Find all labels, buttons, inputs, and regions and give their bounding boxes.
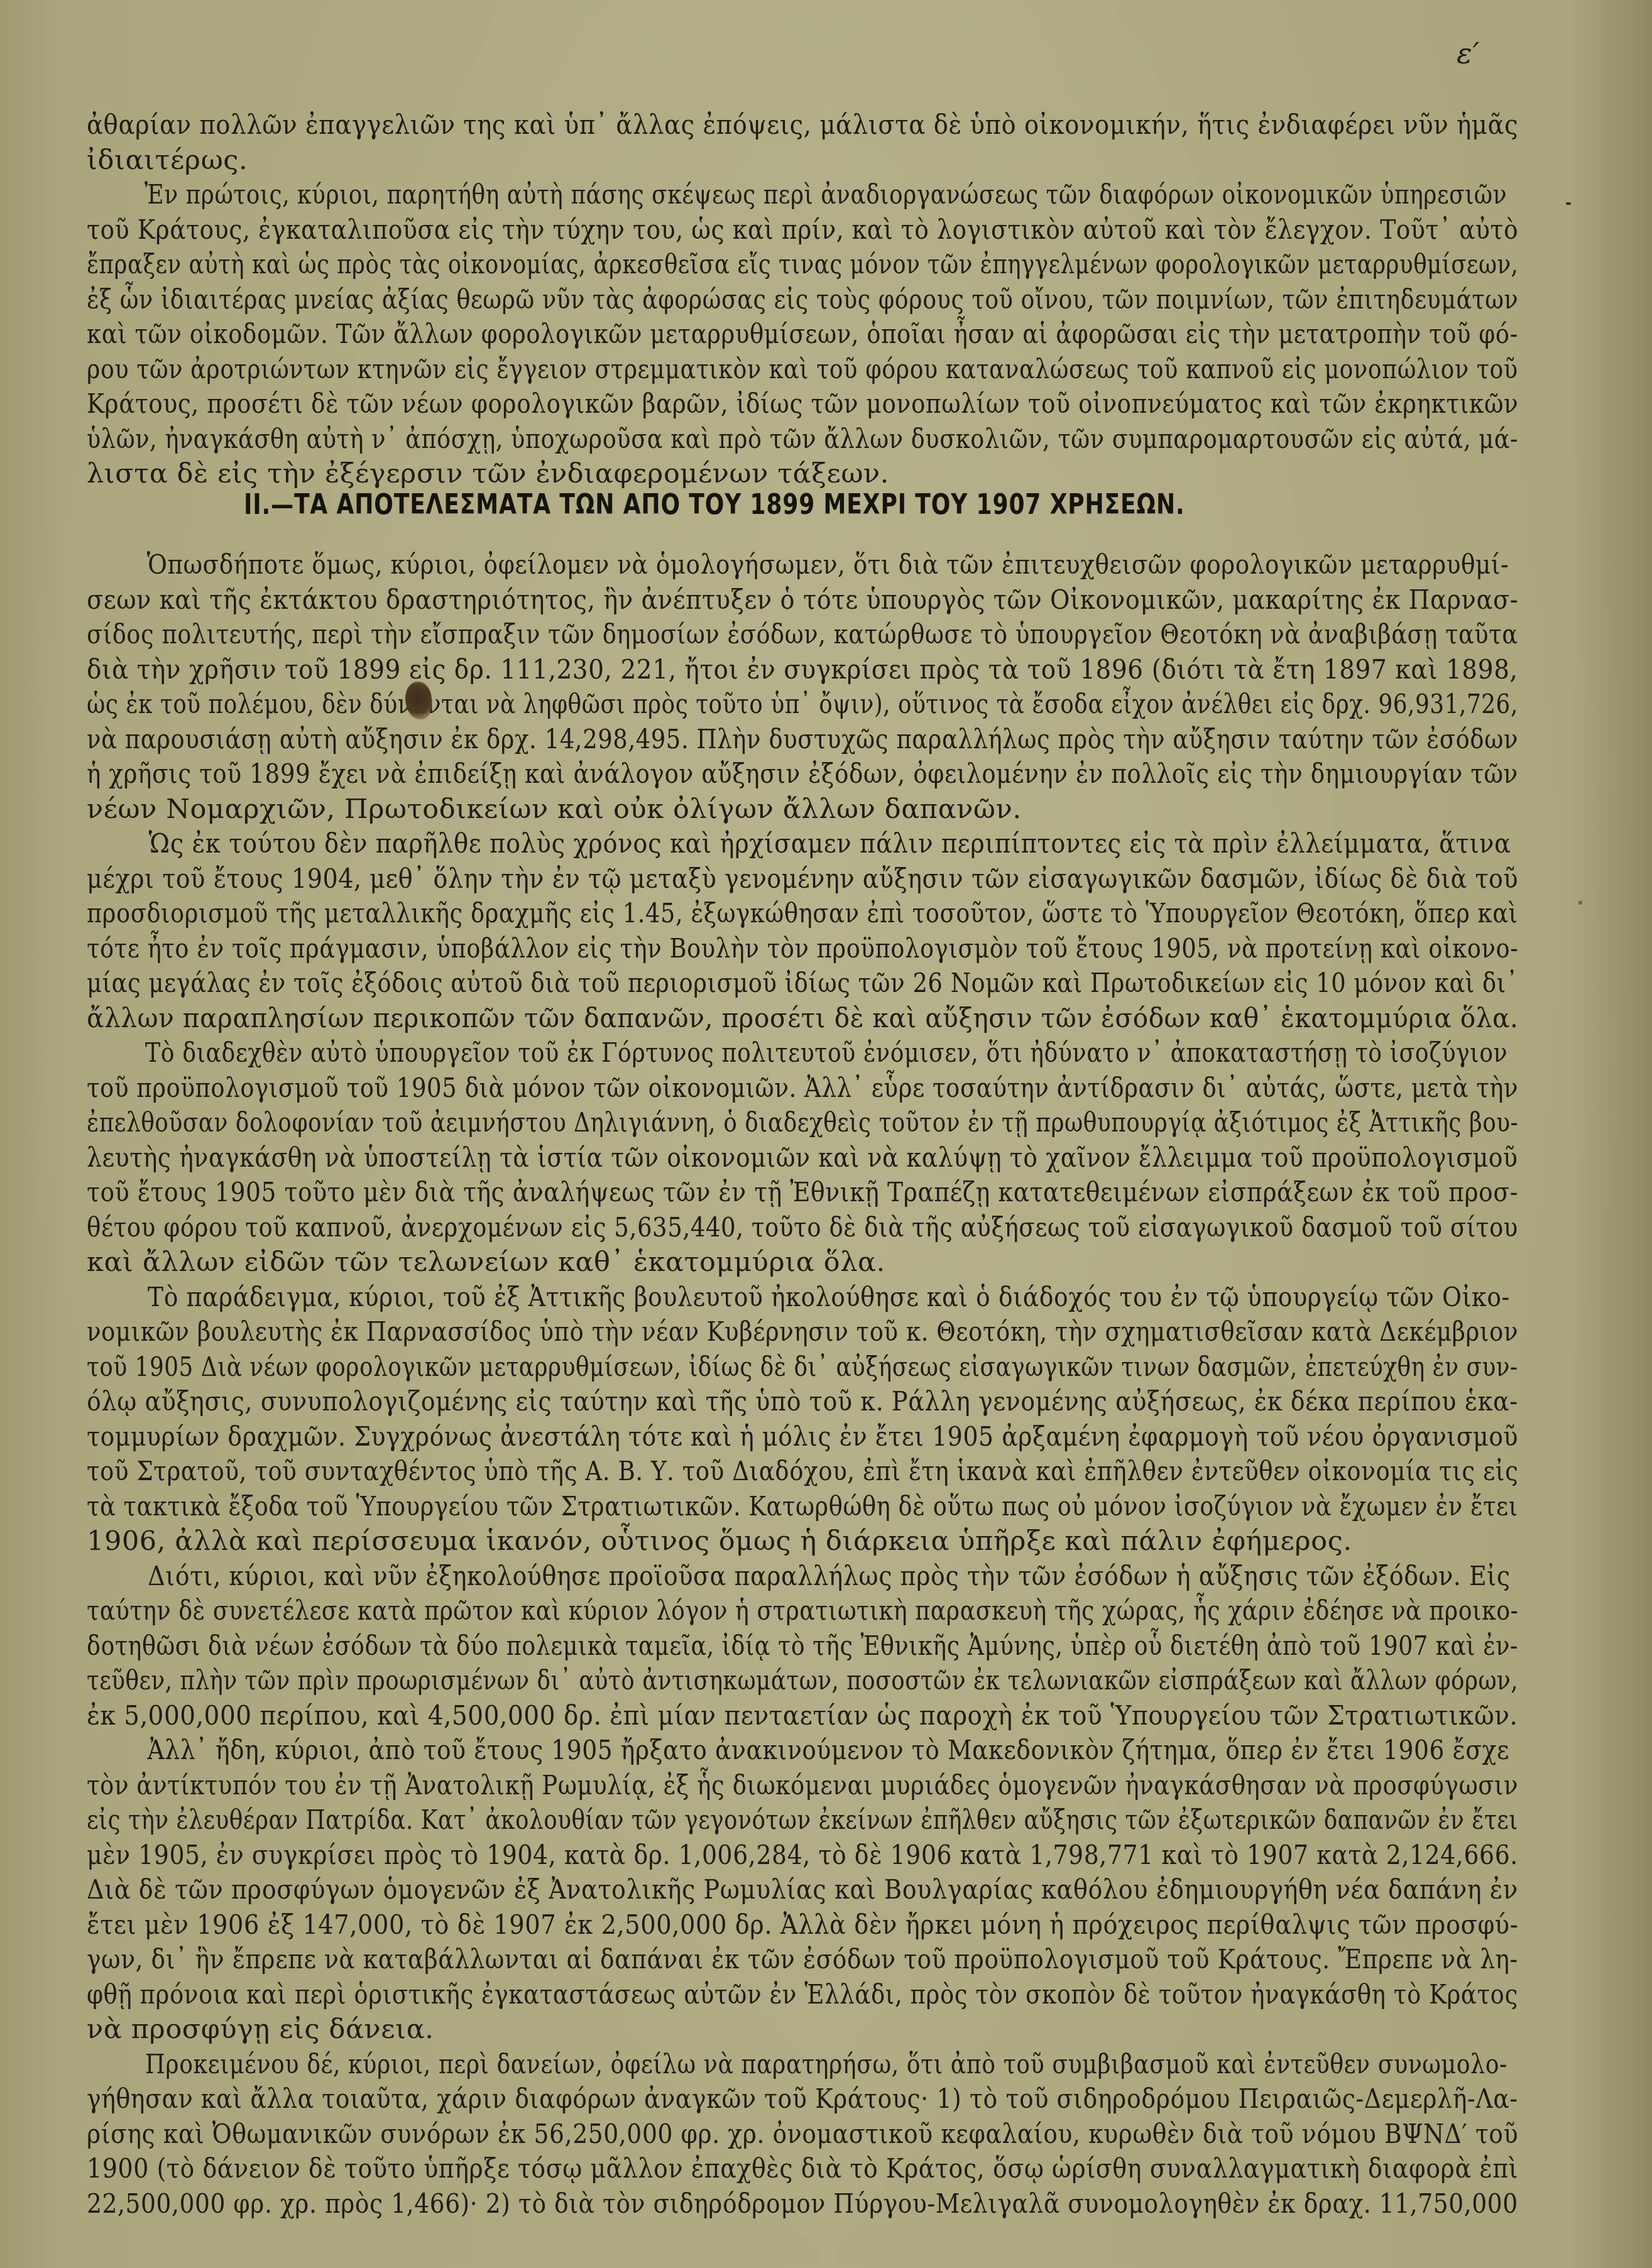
- text-line: ἐπελθοῦσαν δολοφονίαν τοῦ ἀειμνήστου Δηλ…: [87, 1106, 1282, 1141]
- text-line: τοῦ προϋπολογισμοῦ τοῦ 1905 διὰ μόνον τῶ…: [87, 1071, 1322, 1106]
- text-line: ρου τῶν ἀροτριώντων κτηνῶν εἰς ἔγγειον σ…: [87, 352, 1301, 388]
- text-line: τότε ἦτο ἐν τοῖς πράγμασιν, ὑποβάλλον εἰ…: [87, 932, 1317, 967]
- paragraph-start-line: Ὁπωσδήποτε ὅμως, κύριοι, ὀφείλομεν νὰ ὁμ…: [87, 548, 1333, 583]
- text-line: ἐξ ὧν ἰδιαιτέρας μνείας ἀξίας θεωρῶ νῦν …: [87, 283, 1301, 318]
- text-line: ἐκ 5,000,000 περίπου, καὶ 4,500,000 δρ. …: [87, 1699, 1385, 1734]
- scanned-page: ε′ ἀθαρίαν πολλῶν ἐπαγγελιῶν της καὶ ὑπ᾽…: [0, 0, 1652, 2268]
- paragraph-start-line: Ἐν πρώτοις, κύριοι, παρητήθη αὐτὴ πάσης …: [87, 178, 1285, 213]
- text-line: ἀθαρίαν πολλῶν ἐπαγγελιῶν της καὶ ὑπ᾽ ἄλ…: [87, 108, 1372, 143]
- text-line: νὰ παρουσιάσῃ αὐτὴ αὔξησιν ἐκ δρχ. 14,29…: [87, 722, 1320, 758]
- text-line: ἡ χρῆσις τοῦ 1899 ἔχει νὰ ἐπιδείξῃ καὶ ἀ…: [87, 757, 1332, 792]
- text-line: τομμυρίων δραχμῶν. Συγχρόνως ἀνεστάλη τό…: [87, 1420, 1347, 1455]
- text-line: θέτου φόρου τοῦ καπνοῦ, ἀνερχομένων εἰς …: [87, 1211, 1325, 1246]
- text-line: σίδος πολιτευτής, περὶ τὴν εἴσπραξιν τῶν…: [87, 618, 1313, 653]
- paragraph-start-line: Τὸ διαδεχθὲν αὐτὸ ὑπουργεῖον τοῦ ἐκ Γόρτ…: [87, 1036, 1298, 1071]
- text-line: 22,500,000 φρ. χρ. πρὸς 1,466)· 2) τὸ δι…: [87, 2187, 1340, 2222]
- text-line: σεων καὶ τῆς ἐκτάκτου δραστηριότητος, ἣν…: [87, 583, 1366, 618]
- text-line: γων, δι᾽ ἣν ἔπρεπε νὰ καταβάλλωνται αἱ δ…: [87, 1943, 1338, 1978]
- text-line: μέχρι τοῦ ἔτους 1904, μεθ᾽ ὅλην τὴν ἐν τ…: [87, 862, 1355, 897]
- text-line: όλῳ αὔξησις, συνυπολογιζομένης εἰς ταύτη…: [87, 1385, 1357, 1420]
- text-line: Διὰ δὲ τῶν προσφύγων ὁμογενῶν ἐξ Ἀνατολι…: [87, 1873, 1360, 1908]
- text-line: μίας μεγάλας ἐν τοῖς ἐξόδοις αὐτοῦ διὰ τ…: [87, 966, 1316, 1001]
- text-line: δοτηθῶσι διὰ νέων ἐσόδων τὰ δύο πολεμικὰ…: [87, 1629, 1301, 1664]
- section-2-text: Ὁπωσδήποτε ὅμως, κύριοι, ὀφείλομεν νὰ ὁμ…: [87, 548, 1518, 2222]
- text-line: γήθησαν καὶ ἄλλα τοιαῦτα, χάριν διαφόρων…: [87, 2082, 1350, 2117]
- text-line: καὶ ἄλλων εἰδῶν τῶν τελωνείων καθ᾽ ἑκατο…: [87, 1245, 1518, 1280]
- text-line: ἔπραξεν αὐτὴ καὶ ὡς πρὸς τὰς οἰκονομίας,…: [87, 248, 1272, 283]
- text-line: νὰ προσφύγῃ εἰς δάνεια.: [87, 2012, 1518, 2047]
- section-heading: II.—ΤΑ ΑΠΟΤΕΛΕΣΜΑΤΑ ΤΩΝ ΑΠΟ ΤΟΥ 1899 ΜΕΧ…: [244, 489, 1185, 521]
- text-line: 1906, ἀλλὰ καὶ περίσσευμα ἱκανόν, οὗτινο…: [87, 1524, 1518, 1559]
- text-line: ὡς ἐκ τοῦ πολέμου, δὲν δύνανται νὰ ληφθῶ…: [87, 687, 1281, 722]
- paragraph-start-line: Ἀλλ᾽ ἤδη, κύριοι, ἀπὸ τοῦ ἔτους 1905 ἤρξ…: [87, 1733, 1342, 1769]
- text-line: τὸν ἀντίκτυπόν του ἐν τῇ Ἀνατολικῇ Ρωμυλ…: [87, 1769, 1322, 1804]
- paper-speck: [1566, 202, 1571, 205]
- text-line: λευτὴς ἠναγκάσθη νὰ ὑποστείλῃ τὰ ἱστία τ…: [87, 1141, 1347, 1176]
- text-line: ρίσης καὶ Ὀθωμανικῶν συνόρων ἐκ 56,250,0…: [87, 2117, 1344, 2152]
- text-line: τοῦ Κράτους, ἐγκαταλιποῦσα εἰς τὴν τύχην…: [87, 213, 1344, 248]
- text-line: τοῦ ἔτους 1905 τοῦτο μὲν διὰ τῆς ἀναλήψε…: [87, 1175, 1344, 1211]
- text-line: ἄλλων παραπλησίων περικοπῶν τῶν δαπανῶν,…: [87, 1001, 1437, 1037]
- text-line: εἰς τὴν ἐλευθέραν Πατρίδα. Κατ᾽ ἀκολουθί…: [87, 1803, 1279, 1838]
- paper-speck: [1578, 901, 1582, 905]
- text-line: λιστα δὲ εἰς τὴν ἐξέγερσιν τῶν ἐνδιαφερο…: [87, 457, 1518, 492]
- text-line: ταύτην δὲ συνετέλεσε κατὰ πρῶτον καὶ κύρ…: [87, 1594, 1299, 1629]
- text-line: ἰδιαιτέρως.: [87, 143, 1518, 178]
- text-line: φθῇ πρόνοια καὶ περὶ ὁριστικῆς ἐγκαταστά…: [87, 1978, 1325, 2013]
- paragraph-start-line: Ὡς ἐκ τούτου δὲν παρῆλθε πολὺς χρόνος κα…: [87, 827, 1370, 862]
- page-number: ε′: [1457, 36, 1480, 70]
- text-line: προσδιορισμοῦ τῆς μεταλλικῆς δραχμῆς εἰς…: [87, 897, 1315, 932]
- paragraph-start-line: Διότι, κύριοι, καὶ νῦν ἐξηκολούθησε προϊ…: [87, 1559, 1354, 1595]
- section-1-text: ἀθαρίαν πολλῶν ἐπαγγελιῶν της καὶ ὑπ᾽ ἄλ…: [87, 108, 1518, 492]
- text-line: 1900 (τὸ δάνειον δὲ τοῦτο ὑπῆρξε τόσῳ μᾶ…: [87, 2152, 1352, 2187]
- text-line: καὶ τῶν οἰκοδομῶν. Τῶν ἄλλων φορολογικῶν…: [87, 317, 1320, 352]
- text-line: τεῦθεν, πλὴν τῶν πρὶν προωρισμένων δι᾽ α…: [87, 1664, 1276, 1699]
- text-line: ἔτει μὲν 1906 ἐξ 147,000, τὸ δὲ 1907 ἐκ …: [87, 1908, 1366, 1943]
- paragraph-start-line: Τὸ παράδειγμα, κύριοι, τοῦ ἐξ Ἀττικῆς βο…: [87, 1280, 1347, 1316]
- text-line: τοῦ 1905 Διὰ νέων φορολογικῶν μεταρρυθμί…: [87, 1350, 1280, 1385]
- text-line: Κράτους, προσέτι δὲ τῶν νέων φορολογικῶν…: [87, 387, 1336, 422]
- text-line: νέων Νομαρχιῶν, Πρωτοδικείων καὶ οὐκ ὀλί…: [87, 792, 1518, 827]
- text-line: ὑλῶν, ἠναγκάσθη αὐτὴ ν᾽ ἀπόσχῃ, ὑποχωροῦ…: [87, 422, 1310, 457]
- text-line: τὰ τακτικὰ ἔξοδα τοῦ Ὑπουργείου τῶν Στρα…: [87, 1490, 1314, 1525]
- text-line: νομικῶν βουλευτὴς ἐκ Παρνασσίδος ὑπὸ τὴν…: [87, 1315, 1323, 1350]
- text-line: διὰ τὴν χρῆσιν τοῦ 1899 εἰς δρ. 111,230,…: [87, 653, 1386, 688]
- text-line: μὲν 1905, ἐν συγκρίσει πρὸς τὸ 1904, κατ…: [87, 1838, 1348, 1873]
- text-line: τοῦ Στρατοῦ, τοῦ συνταχθέντος ὑπὸ τῆς Α.…: [87, 1454, 1325, 1490]
- paragraph-start-line: Προκειμένου δέ, κύριοι, περὶ δανείων, ὀφ…: [87, 2047, 1298, 2083]
